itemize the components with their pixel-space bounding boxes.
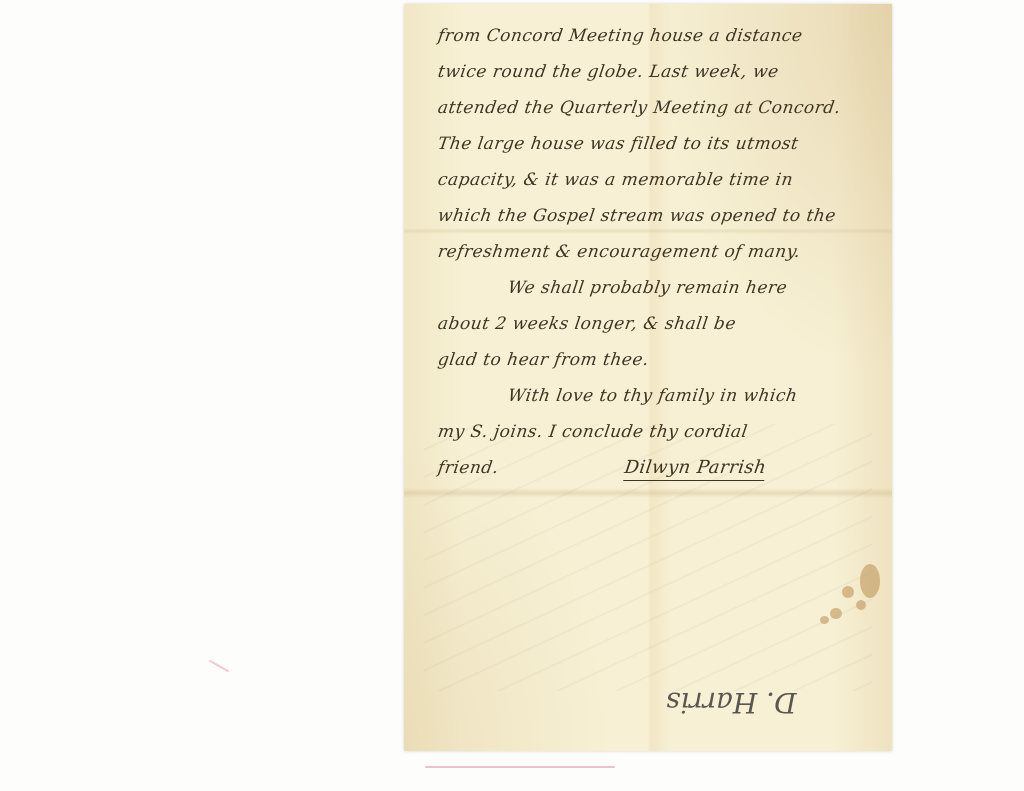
letter-line: about 2 weeks longer, & shall be — [435, 306, 880, 342]
letter-line: twice round the globe. Last week, we — [435, 54, 880, 90]
scan-artifact-mark — [425, 766, 615, 768]
letter-page: from Concord Meeting house a distance tw… — [404, 4, 892, 751]
scan-background: from Concord Meeting house a distance tw… — [0, 0, 1024, 791]
letter-line: attended the Quarterly Meeting at Concor… — [435, 90, 880, 126]
letter-line: friend. — [437, 458, 500, 478]
letter-line: refreshment & encouragement of many. — [435, 234, 880, 270]
letter-line: With love to thy family in which — [435, 378, 880, 414]
letter-line: from Concord Meeting house a distance — [435, 18, 880, 54]
signature: Dilwyn Parrish — [623, 457, 768, 481]
water-stain — [812, 564, 882, 634]
scan-artifact-mark — [209, 660, 229, 673]
letter-line: We shall probably remain here — [435, 270, 880, 306]
letter-line: which the Gospel stream was opened to th… — [435, 198, 880, 234]
closing-line: friend. Dilwyn Parrish — [435, 450, 880, 486]
letter-line: The large house was filled to its utmost — [435, 126, 880, 162]
letter-line: capacity, & it was a memorable time in — [435, 162, 880, 198]
letter-text: from Concord Meeting house a distance tw… — [438, 18, 878, 486]
letter-line: my S. joins. I conclude thy cordial — [435, 414, 880, 450]
letter-line: glad to hear from thee. — [435, 342, 880, 378]
docket-note: D. Harris — [666, 686, 796, 719]
